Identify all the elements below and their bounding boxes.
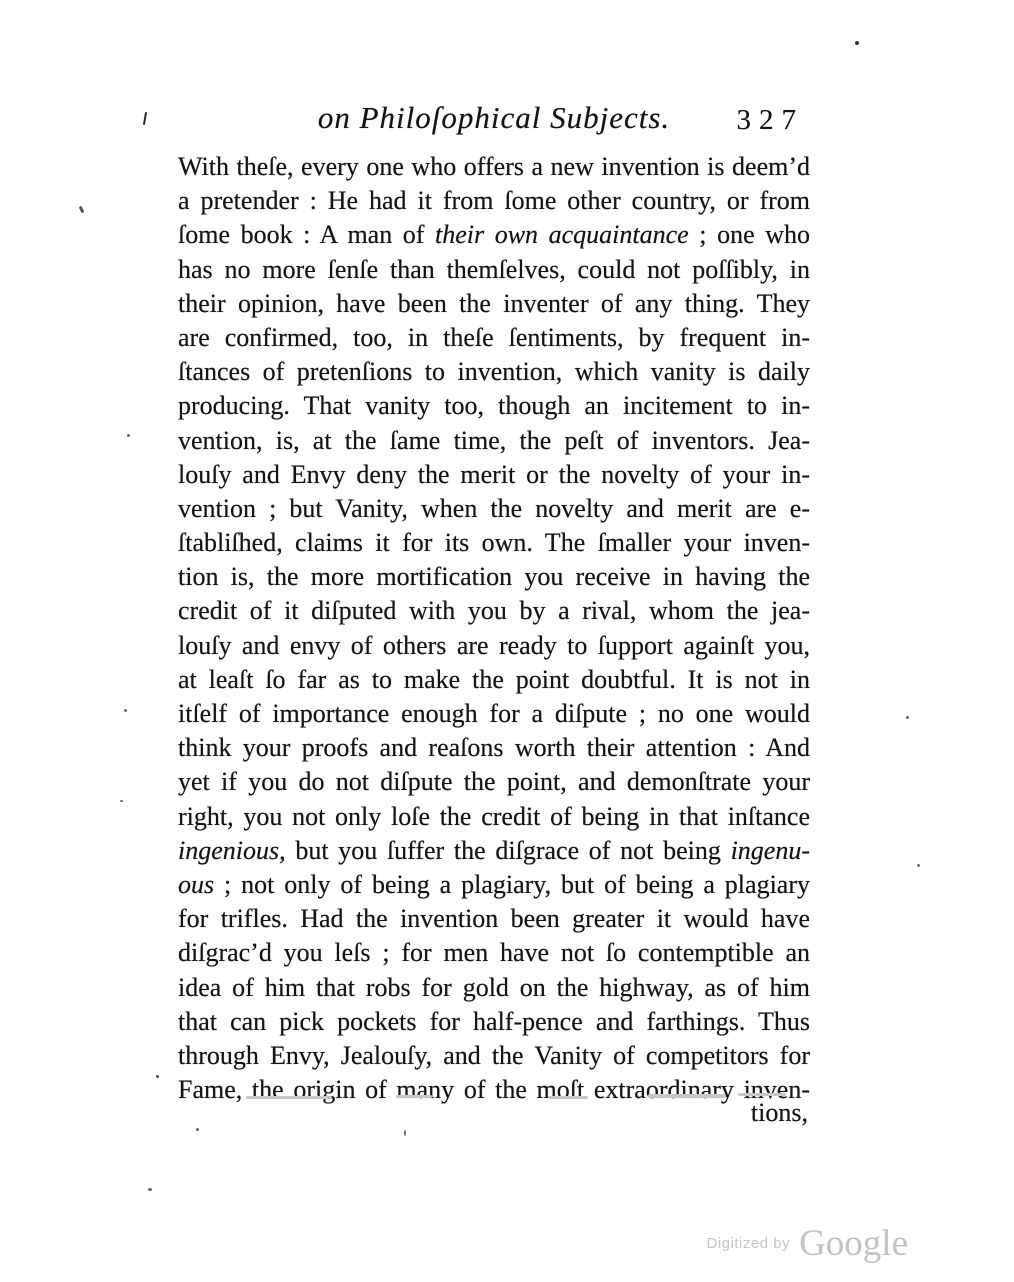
text-line: that can pick pockets for half-pence and… [178, 1005, 810, 1039]
text-segment: With theſe, every one who offers a new i… [178, 152, 810, 181]
text-segment: through Envy, Jealouſy, and the Vanity o… [178, 1041, 810, 1070]
text-segment: vention, is, at the ſame time, the peſt … [178, 426, 810, 455]
text-line: are confirmed, too, in theſe ſentiments,… [178, 321, 810, 355]
text-segment: itſelf of importance enough for a diſput… [178, 699, 810, 728]
show-through-mark [738, 1093, 786, 1096]
text-line: producing. That vanity too, though an in… [178, 389, 810, 423]
page-number: 327 [737, 104, 805, 137]
text-segment: ; not only of being a plagiary, but of b… [214, 870, 810, 899]
text-line: idea of him that robs for gold on the hi… [178, 971, 810, 1005]
text-line: for trifles. Had the invention been grea… [178, 902, 810, 936]
text-segment: has no more ſenſe than themſelves, could… [178, 255, 810, 284]
scan-speck [120, 800, 123, 802]
text-segment: , but you ſuffer the diſgrace of not bei… [279, 836, 730, 865]
text-segment: vention ; but Vanity, when the novelty a… [178, 494, 810, 523]
scan-speck [143, 112, 147, 125]
text-line: With theſe, every one who offers a new i… [178, 150, 810, 184]
show-through-mark [246, 1096, 332, 1099]
text-line: ous ; not only of being a plagiary, but … [178, 868, 810, 902]
text-line: credit of it diſputed with you by a riva… [178, 594, 810, 628]
text-segment: credit of it diſputed with you by a riva… [178, 596, 810, 625]
text-segment: right, you not only loſe the credit of b… [178, 802, 810, 831]
text-segment: yet if you do not diſpute the point, and… [178, 767, 810, 796]
text-line: diſgrac’d you leſs ; for men have not ſo… [178, 936, 810, 970]
text-segment: ; one who [689, 220, 810, 249]
scan-speck [906, 716, 909, 719]
text-line: louſy and Envy deny the merit or the nov… [178, 458, 810, 492]
text-line: right, you not only loſe the credit of b… [178, 800, 810, 834]
running-header: on Philoſophical Subjects. 327 [178, 100, 810, 150]
text-line: tion is, the more mortification you rece… [178, 560, 810, 594]
scan-speck [156, 1075, 159, 1078]
text-segment: a pretender : He had it from ſome other … [178, 186, 810, 215]
text-segment: that can pick pockets for half-pence and… [178, 1007, 810, 1036]
scanned-book-page: on Philoſophical Subjects. 327 With theſ… [0, 0, 1014, 1282]
text-segment: idea of him that robs for gold on the hi… [178, 973, 810, 1002]
text-line: vention ; but Vanity, when the novelty a… [178, 492, 810, 526]
scan-speck [196, 1128, 199, 1131]
show-through-mark [548, 1096, 588, 1099]
text-line: ſtabliſhed, claims it for its own. The ſ… [178, 526, 810, 560]
text-line: louſy and envy of others are ready to ſu… [178, 629, 810, 663]
scan-speck [148, 1188, 152, 1191]
italic-text-segment: ingenious [178, 836, 279, 865]
text-line: has no more ſenſe than themſelves, could… [178, 253, 810, 287]
text-segment: tion is, the more mortification you rece… [178, 562, 810, 591]
text-line: Fame, the origin of many of the moſt ext… [178, 1073, 810, 1107]
body-text: With theſe, every one who offers a new i… [178, 150, 810, 1107]
text-line: at leaſt ſo far as to make the point dou… [178, 663, 810, 697]
text-segment: louſy and Envy deny the merit or the nov… [178, 460, 810, 489]
text-line: ſtances of pretenſions to invention, whi… [178, 355, 810, 389]
text-line: ingenious, but you ſuffer the diſgrace o… [178, 834, 810, 868]
text-line: itſelf of importance enough for a diſput… [178, 697, 810, 731]
text-line: through Envy, Jealouſy, and the Vanity o… [178, 1039, 810, 1073]
text-line: a pretender : He had it from ſome other … [178, 184, 810, 218]
text-line: think your proofs and reaſons worth thei… [178, 731, 810, 765]
scan-speck [124, 709, 127, 712]
scan-speck [127, 434, 130, 437]
text-segment: diſgrac’d you leſs ; for men have not ſo… [178, 938, 810, 967]
italic-text-segment: ingenu- [731, 836, 810, 865]
scan-speck [79, 206, 85, 214]
scan-speck [404, 1130, 406, 1136]
text-line: yet if you do not diſpute the point, and… [178, 765, 810, 799]
show-through-mark [396, 1095, 432, 1098]
text-segment: think your proofs and reaſons worth thei… [178, 733, 810, 762]
text-segment: producing. That vanity too, though an in… [178, 391, 810, 420]
text-segment: ſtabliſhed, claims it for its own. The ſ… [178, 528, 810, 557]
text-line: ſome book : A man of their own acquainta… [178, 218, 810, 252]
scan-speck [917, 864, 920, 867]
text-segment: Fame, the origin of many of the moſt ext… [178, 1075, 810, 1104]
text-segment: at leaſt ſo far as to make the point dou… [178, 665, 810, 694]
text-line: vention, is, at the ſame time, the peſt … [178, 424, 810, 458]
text-line: their opinion, have been the inventer of… [178, 287, 810, 321]
google-logo: Google [799, 1222, 908, 1265]
italic-text-segment: their own acquaintance [435, 220, 689, 249]
running-title: on Philoſophical Subjects. [178, 100, 810, 136]
show-through-mark [648, 1094, 726, 1098]
text-segment: for trifles. Had the invention been grea… [178, 904, 810, 933]
scan-speck [855, 41, 859, 45]
text-segment: their opinion, have been the inventer of… [178, 289, 810, 318]
google-watermark: Digitized by Google [707, 1222, 908, 1265]
text-segment: louſy and envy of others are ready to ſu… [178, 631, 810, 660]
digitized-by-label: Digitized by [707, 1235, 791, 1252]
text-segment: ſtances of pretenſions to invention, whi… [178, 357, 810, 386]
text-segment: are confirmed, too, in theſe ſentiments,… [178, 323, 810, 352]
catchword: tions, [751, 1098, 808, 1128]
italic-text-segment: ous [178, 870, 214, 899]
text-segment: ſome book : A man of [178, 220, 435, 249]
